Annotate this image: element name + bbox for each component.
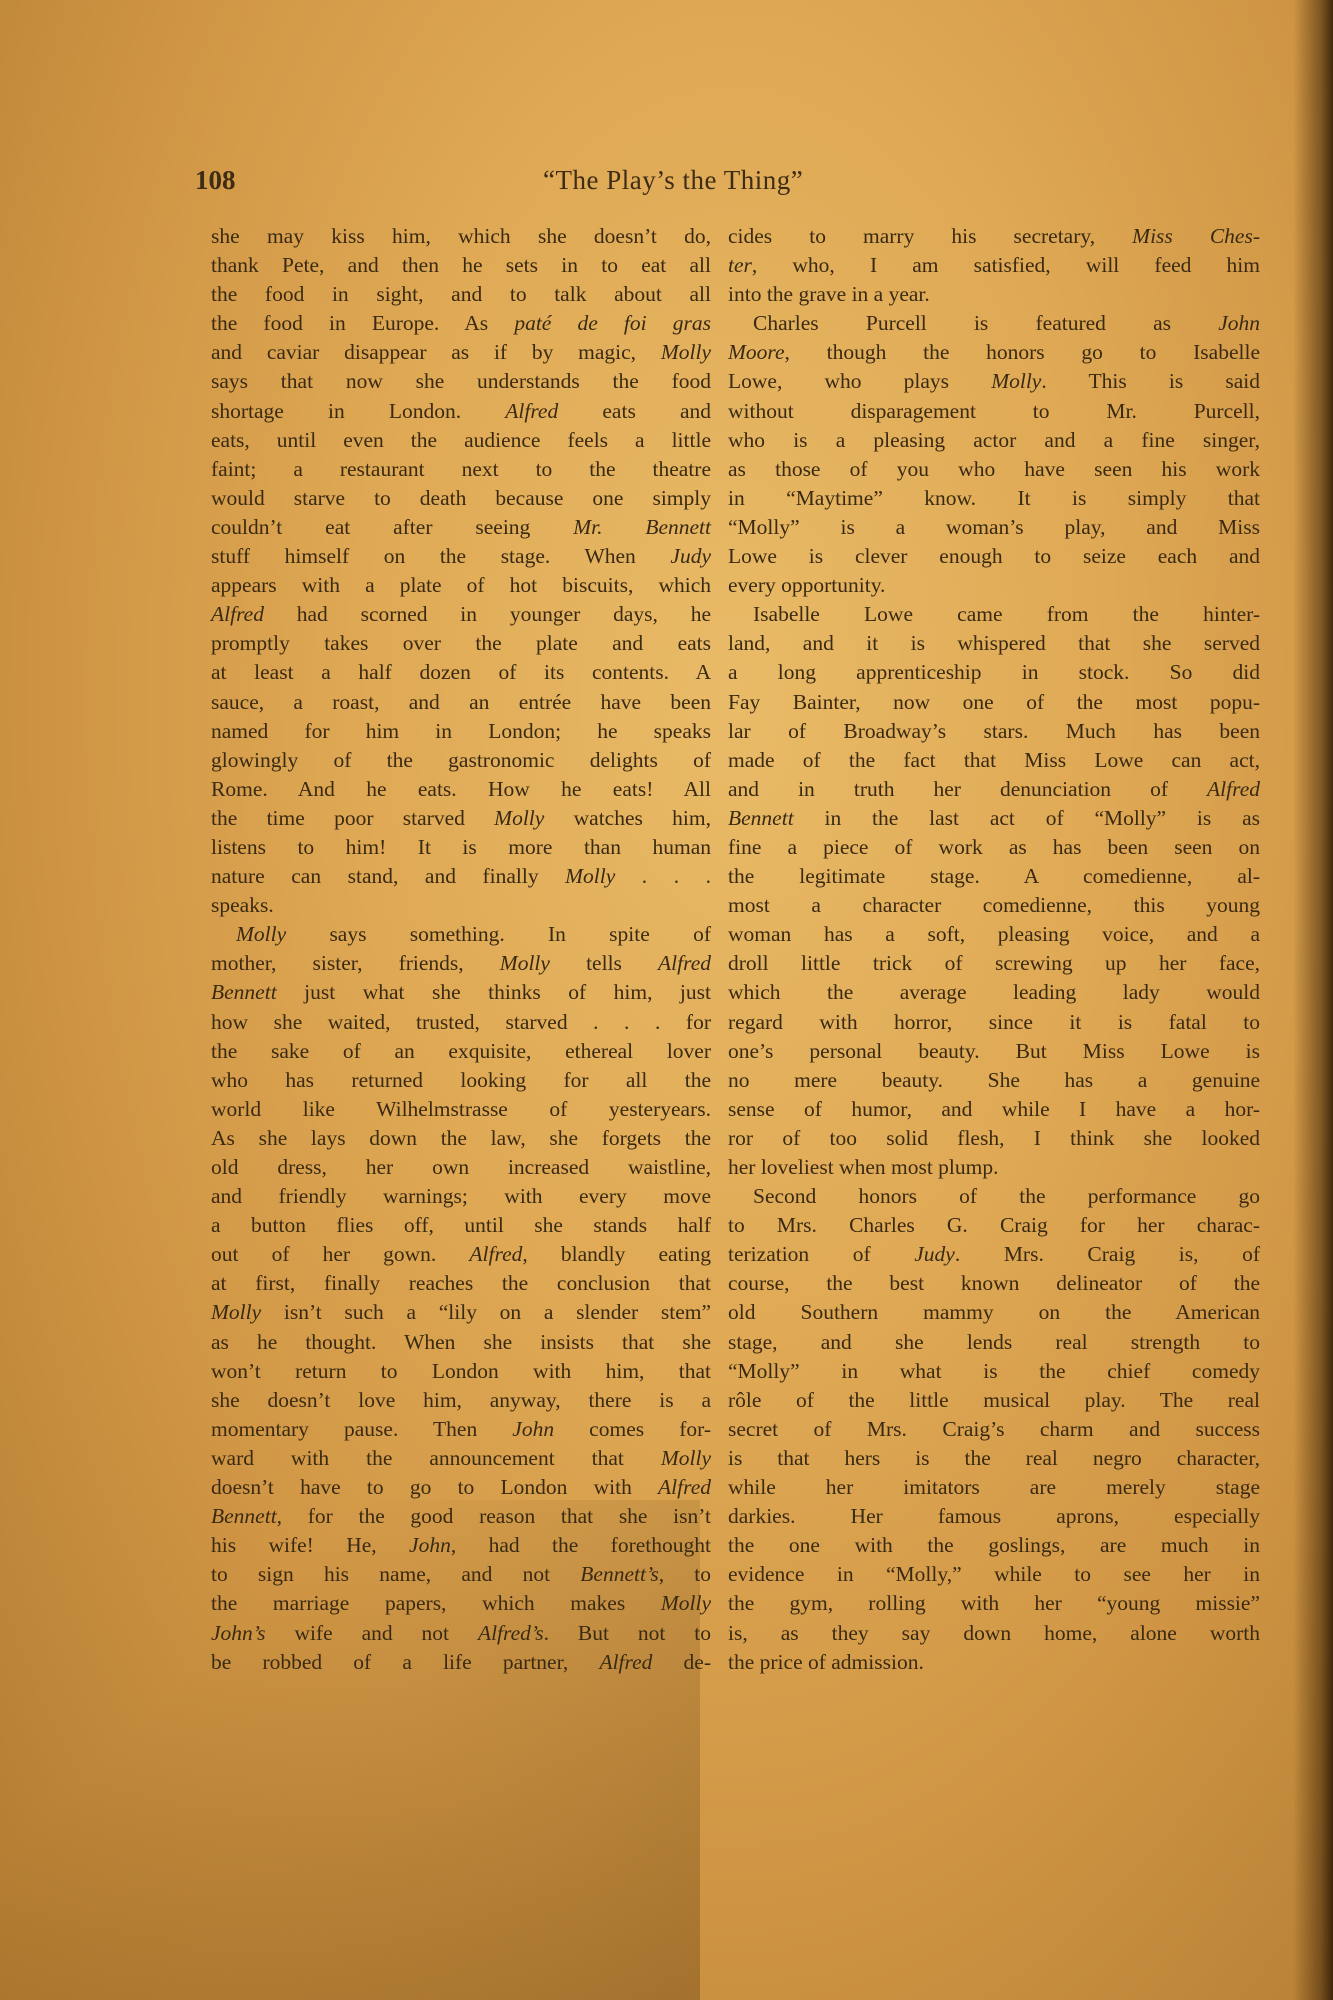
text-line: at first, finally reaches the conclusion…: [211, 1269, 711, 1298]
text-line: a long apprenticeship in stock. So did: [728, 658, 1260, 687]
text-line: the legitimate stage. A comedienne, al-: [728, 862, 1260, 891]
text-line: his wife! He, John, had the forethought: [211, 1531, 711, 1560]
text-line: terization of Judy. Mrs. Craig is, of: [728, 1240, 1260, 1269]
text-line: the food in sight, and to talk about all: [211, 280, 711, 309]
text-line: fine a piece of work as has been seen on: [728, 833, 1260, 862]
text-line: be robbed of a life partner, Alfred de-: [211, 1648, 711, 1677]
text-line: Charles Purcell is featured as John: [728, 309, 1260, 338]
text-line: ter, who, I am satisfied, will feed him: [728, 251, 1260, 280]
text-line: who has returned looking for all the: [211, 1066, 711, 1095]
text-line: no mere beauty. She has a genuine: [728, 1066, 1260, 1095]
text-line: the marriage papers, which makes Molly: [211, 1589, 711, 1618]
text-line: shortage in London. Alfred eats and: [211, 397, 711, 426]
text-line: a button flies off, until she stands hal…: [211, 1211, 711, 1240]
text-line: Isabelle Lowe came from the hinter-: [728, 600, 1260, 629]
text-line: appears with a plate of hot biscuits, wh…: [211, 571, 711, 600]
book-page: 108 “The Play’s the Thing” she may kiss …: [0, 0, 1333, 2000]
text-line: most a character comedienne, this young: [728, 891, 1260, 920]
text-line: how she waited, trusted, starved . . . f…: [211, 1008, 711, 1037]
text-line: which the average leading lady would: [728, 978, 1260, 1007]
text-line: evidence in “Molly,” while to see her in: [728, 1560, 1260, 1589]
text-line: without disparagement to Mr. Purcell,: [728, 397, 1260, 426]
text-line: Lowe is clever enough to seize each and: [728, 542, 1260, 571]
text-line: her loveliest when most plump.: [728, 1153, 1260, 1182]
text-line: John’s wife and not Alfred’s. But not to: [211, 1619, 711, 1648]
text-line: she doesn’t love him, anyway, there is a: [211, 1386, 711, 1415]
right-column: cides to marry his secretary, Miss Ches-…: [728, 222, 1260, 1677]
text-line: momentary pause. Then John comes for-: [211, 1415, 711, 1444]
text-line: speaks.: [211, 891, 711, 920]
text-line: out of her gown. Alfred, blandly eating: [211, 1240, 711, 1269]
page-header: 108 “The Play’s the Thing”: [195, 165, 1075, 205]
text-line: listens to him! It is more than human: [211, 833, 711, 862]
text-line: would starve to death because one simply: [211, 484, 711, 513]
text-line: Moore, though the honors go to Isabelle: [728, 338, 1260, 367]
text-line: says that now she understands the food: [211, 367, 711, 396]
text-line: Second honors of the performance go: [728, 1182, 1260, 1211]
text-line: and in truth her denunciation of Alfred: [728, 775, 1260, 804]
text-line: stuff himself on the stage. When Judy: [211, 542, 711, 571]
running-title: “The Play’s the Thing”: [543, 165, 803, 196]
text-line: the gym, rolling with her “young missie”: [728, 1589, 1260, 1618]
text-line: the sake of an exquisite, ethereal lover: [211, 1037, 711, 1066]
text-line: droll little trick of screwing up her fa…: [728, 949, 1260, 978]
page-number: 108: [195, 165, 236, 196]
text-line: the price of admission.: [728, 1648, 1260, 1677]
left-column: she may kiss him, which she doesn’t do,t…: [211, 222, 711, 1677]
text-line: Alfred had scorned in younger days, he: [211, 600, 711, 629]
text-line: is that hers is the real negro character…: [728, 1444, 1260, 1473]
text-line: sauce, a roast, and an entrée have been: [211, 688, 711, 717]
text-line: as he thought. When she insists that she: [211, 1328, 711, 1357]
text-line: and friendly warnings; with every move: [211, 1182, 711, 1211]
text-line: made of the fact that Miss Lowe can act,: [728, 746, 1260, 775]
text-line: nature can stand, and finally Molly . . …: [211, 862, 711, 891]
text-line: mother, sister, friends, Molly tells Alf…: [211, 949, 711, 978]
text-line: faint; a restaurant next to the theatre: [211, 455, 711, 484]
text-line: woman has a soft, pleasing voice, and a: [728, 920, 1260, 949]
text-line: while her imitators are merely stage: [728, 1473, 1260, 1502]
text-line: Bennett, for the good reason that she is…: [211, 1502, 711, 1531]
text-line: is, as they say down home, alone worth: [728, 1619, 1260, 1648]
text-line: ward with the announcement that Molly: [211, 1444, 711, 1473]
text-line: old Southern mammy on the American: [728, 1298, 1260, 1327]
text-line: Molly says something. In spite of: [211, 920, 711, 949]
text-line: rôle of the little musical play. The rea…: [728, 1386, 1260, 1415]
text-line: As she lays down the law, she forgets th…: [211, 1124, 711, 1153]
text-line: the one with the goslings, are much in: [728, 1531, 1260, 1560]
text-line: promptly takes over the plate and eats: [211, 629, 711, 658]
text-line: course, the best known delineator of the: [728, 1269, 1260, 1298]
text-line: to sign his name, and not Bennett’s, to: [211, 1560, 711, 1589]
text-line: won’t return to London with him, that: [211, 1357, 711, 1386]
text-line: the time poor starved Molly watches him,: [211, 804, 711, 833]
text-line: Bennett just what she thinks of him, jus…: [211, 978, 711, 1007]
text-line: to Mrs. Charles G. Craig for her charac-: [728, 1211, 1260, 1240]
text-line: every opportunity.: [728, 571, 1260, 600]
text-line: regard with horror, since it is fatal to: [728, 1008, 1260, 1037]
text-line: “Molly” in what is the chief comedy: [728, 1357, 1260, 1386]
text-line: eats, until even the audience feels a li…: [211, 426, 711, 455]
text-line: Bennett in the last act of “Molly” is as: [728, 804, 1260, 833]
text-line: as those of you who have seen his work: [728, 455, 1260, 484]
text-line: stage, and she lends real strength to: [728, 1328, 1260, 1357]
text-line: sense of humor, and while I have a hor-: [728, 1095, 1260, 1124]
text-line: glowingly of the gastronomic delights of: [211, 746, 711, 775]
text-line: the food in Europe. As paté de foi gras: [211, 309, 711, 338]
text-line: secret of Mrs. Craig’s charm and success: [728, 1415, 1260, 1444]
text-line: Molly isn’t such a “lily on a slender st…: [211, 1298, 711, 1327]
text-line: thank Pete, and then he sets in to eat a…: [211, 251, 711, 280]
text-line: lar of Broadway’s stars. Much has been: [728, 717, 1260, 746]
text-line: old dress, her own increased waistline,: [211, 1153, 711, 1182]
text-line: couldn’t eat after seeing Mr. Bennett: [211, 513, 711, 542]
text-line: “Molly” is a woman’s play, and Miss: [728, 513, 1260, 542]
text-line: at least a half dozen of its contents. A: [211, 658, 711, 687]
text-line: cides to marry his secretary, Miss Ches-: [728, 222, 1260, 251]
text-line: in “Maytime” know. It is simply that: [728, 484, 1260, 513]
text-line: Lowe, who plays Molly. This is said: [728, 367, 1260, 396]
text-line: Fay Bainter, now one of the most popu-: [728, 688, 1260, 717]
text-line: named for him in London; he speaks: [211, 717, 711, 746]
text-line: she may kiss him, which she doesn’t do,: [211, 222, 711, 251]
text-line: Rome. And he eats. How he eats! All: [211, 775, 711, 804]
text-line: who is a pleasing actor and a fine singe…: [728, 426, 1260, 455]
text-line: one’s personal beauty. But Miss Lowe is: [728, 1037, 1260, 1066]
text-line: into the grave in a year.: [728, 280, 1260, 309]
text-line: doesn’t have to go to London with Alfred: [211, 1473, 711, 1502]
text-line: ror of too solid flesh, I think she look…: [728, 1124, 1260, 1153]
text-line: darkies. Her famous aprons, especially: [728, 1502, 1260, 1531]
text-line: and caviar disappear as if by magic, Mol…: [211, 338, 711, 367]
text-line: world like Wilhelmstrasse of yesteryears…: [211, 1095, 711, 1124]
text-line: land, and it is whispered that she serve…: [728, 629, 1260, 658]
